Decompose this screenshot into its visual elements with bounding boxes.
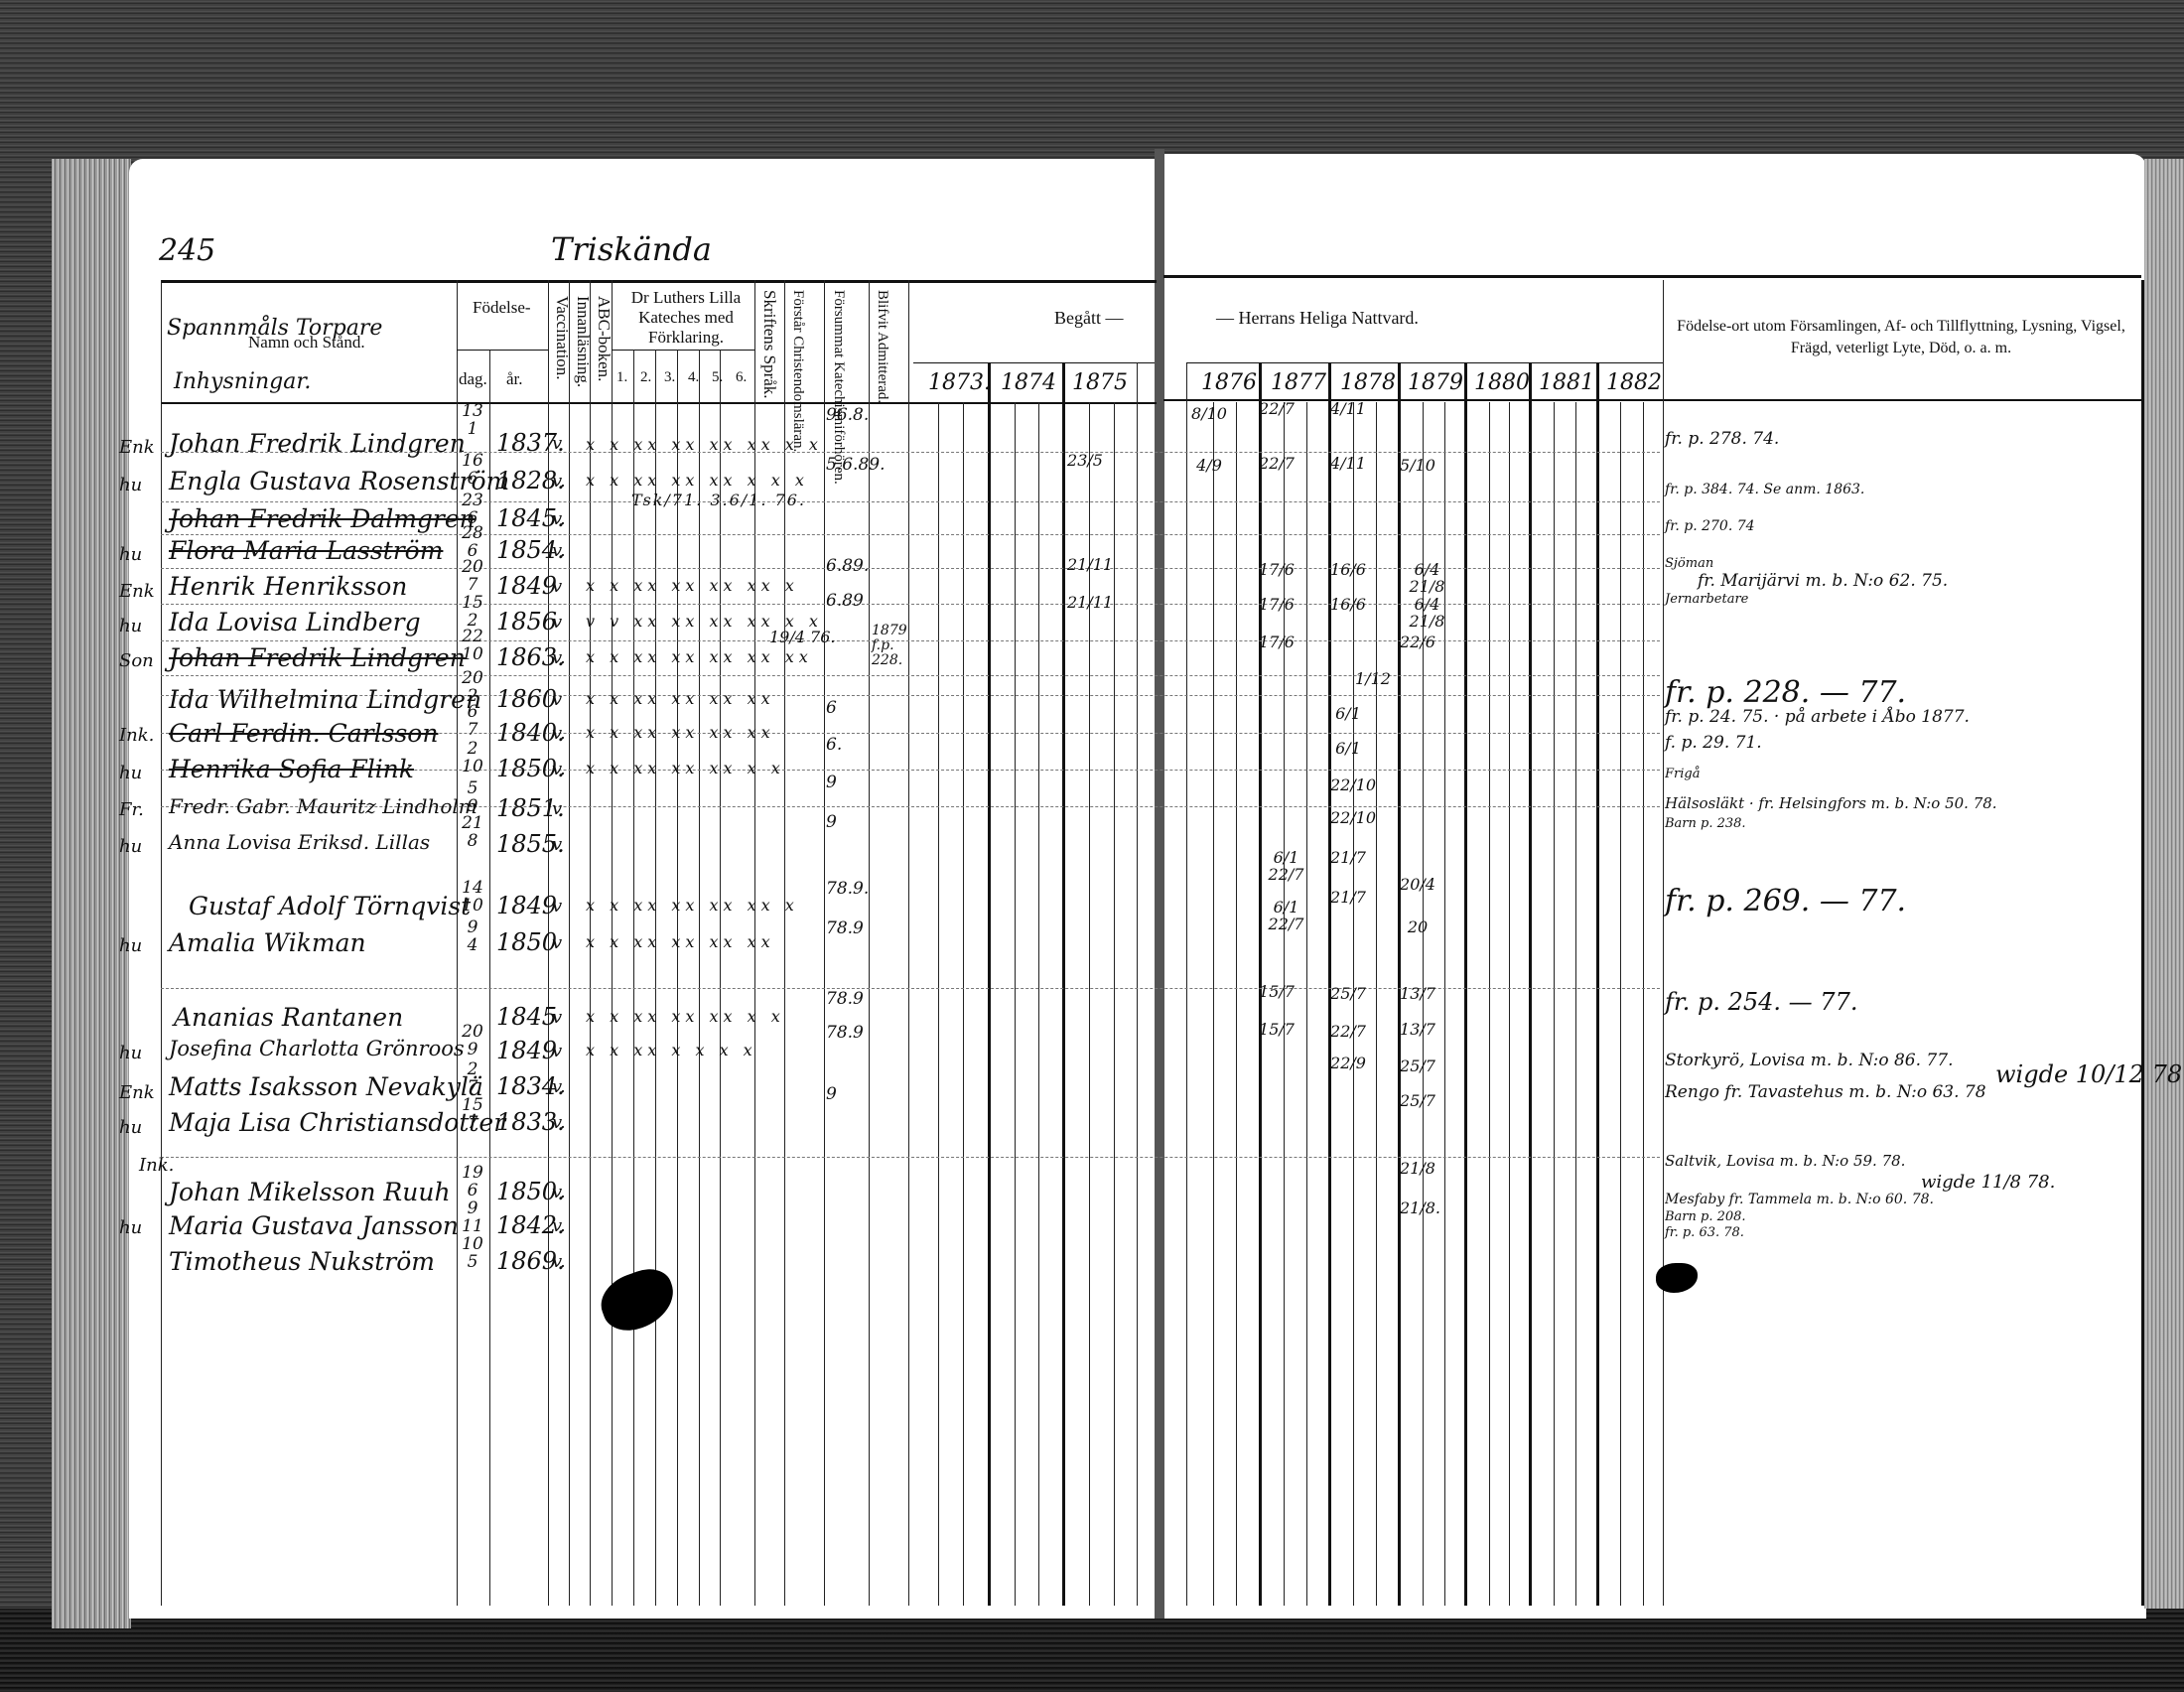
birth-day: 21 [459, 814, 486, 832]
row-birth-date: 94 [459, 918, 486, 954]
sub-col [1489, 402, 1490, 1606]
row-name: Henrik Henriksson [169, 572, 407, 601]
row-name: Ida Wilhelmina Lindgren [169, 685, 481, 714]
row-vaccination: v. [552, 1112, 566, 1133]
vaccination-label: Vaccination. [552, 296, 572, 380]
row-name: Timotheus Nukström [169, 1247, 435, 1276]
year-sub-rule [913, 362, 1155, 363]
remark: fr. Marijärvi m. b. N:o 62. 75. [1698, 571, 1948, 591]
birth-day: 15 [459, 1096, 486, 1114]
communion-entry: 21/11 [1067, 594, 1103, 611]
birth-day: 19 [459, 1164, 486, 1182]
skriftens-sprak-label: Skriftens Språk. [759, 290, 779, 399]
birth-day: 10 [459, 1235, 486, 1253]
birth-month: 7 [459, 721, 486, 739]
communion-entry: 20 [1400, 918, 1435, 935]
sub-col [1015, 402, 1016, 1606]
luther-part-2: 2. [640, 369, 651, 385]
row-vaccination: v [552, 834, 562, 855]
year-1878: 1878 [1340, 370, 1396, 395]
birth-day: 2 [459, 1060, 486, 1078]
birth-day: 22 [459, 628, 486, 645]
table-left-border [161, 280, 162, 1606]
year-1877: 1877 [1271, 370, 1326, 395]
communion-entry: 22/7 [1259, 455, 1295, 472]
row-birth-date: 286 [459, 524, 486, 560]
communion-entry: 21/8. [1400, 1199, 1435, 1216]
row-birth-year: 1849 [496, 1037, 557, 1064]
birth-month: 4 [459, 936, 486, 954]
row-birth-date: 59 [459, 779, 486, 815]
year-sep [1529, 362, 1532, 1606]
row-birth-date: 207 [459, 558, 486, 594]
luther-part-1: 1. [616, 369, 627, 385]
forsummat-label: Försummat Katechismiförhören. [830, 290, 847, 399]
year-1875: 1875 [1072, 370, 1128, 395]
birth-day-label: dag. [459, 369, 487, 389]
birth-month: 7 [459, 1078, 486, 1096]
row-name: Fredr. Gabr. Mauritz Lindholm [169, 794, 478, 818]
sub-col [1114, 402, 1115, 1606]
row-name: Matts Isaksson Nevakylä [169, 1072, 483, 1101]
remark: fr. p. 63. 78. [1665, 1225, 1744, 1240]
row-birth-date: 152 [459, 594, 486, 630]
row-vaccination: v. [552, 540, 566, 561]
row-birth-date: 202 [459, 669, 486, 705]
inhysningar-label: Inhysningar. [174, 369, 311, 394]
row-forhor: 9 [826, 812, 837, 832]
birth-day: 20 [459, 558, 486, 576]
row-role: hu [119, 1043, 142, 1063]
communion-entry: 20/4 [1400, 876, 1435, 893]
col-sep [869, 280, 870, 1606]
row-birth-date: 210 [459, 740, 486, 775]
remark-vigsel: wigde 11/8 78. [1921, 1172, 2055, 1193]
row-rule [161, 501, 1660, 502]
col-sep [699, 350, 700, 1606]
row-catechism-marks: x x xx xx xx xx xx [586, 647, 813, 666]
communion-entry: 15/7 [1259, 1021, 1295, 1038]
row-name: Anna Lovisa Eriksd. Lillas [169, 830, 430, 854]
communion-entry: 6/4 21/8 [1400, 596, 1454, 630]
remark-vigsel: wigde 10/12 78. [1995, 1060, 2184, 1088]
col-sep [569, 280, 570, 1606]
row-birth-date: 131 [459, 402, 486, 438]
row-role: Fr. [119, 799, 144, 820]
luther-part-5: 5. [712, 369, 723, 385]
begatt-label: Begått — [1054, 308, 1124, 329]
row-role: hu [119, 544, 142, 565]
year-1879: 1879 [1408, 370, 1463, 395]
birth-month: 9 [459, 1041, 486, 1058]
row-vaccination: v [552, 1041, 562, 1061]
row-forhor: 6.89 [826, 591, 864, 611]
row-name: Johan Fredrik Lindgren [169, 429, 466, 458]
row-birth-date: 105 [459, 1235, 486, 1271]
row-birth-year: 1849 [496, 572, 557, 600]
row-birth-date: 2210 [459, 628, 486, 663]
row-catechism-marks: x x xx xx xx xx [586, 723, 775, 742]
row-name: Henrika Sofia Flink [169, 755, 414, 783]
communion-entry: 21/11 [1067, 556, 1103, 573]
sub-col [1213, 402, 1214, 1606]
row-role: Son [119, 650, 154, 671]
row-forhor: 9 [826, 1084, 837, 1104]
communion-entry: 6/4 21/8 [1400, 561, 1454, 595]
birth-day: 2 [459, 740, 486, 758]
row-birth-date: 196 [459, 1164, 486, 1199]
row-birth-year: 1849 [496, 892, 557, 919]
row-birth-date: 1410 [459, 879, 486, 915]
row-vaccination: v. [552, 1251, 566, 1272]
year-sep [1596, 362, 1599, 1606]
row-vaccination: v. [552, 508, 566, 529]
header-bottom-rule-right [1163, 399, 2141, 401]
year-sep [1186, 362, 1187, 1606]
row-catechism-marks: x x xx xx xx x x [586, 759, 785, 777]
row-admitterad: 1879 f.p. 228. [872, 624, 911, 668]
birth-month: 7 [459, 576, 486, 594]
row-role: Enk [119, 581, 155, 602]
remark: fr. p. 270. 74 [1665, 518, 1755, 534]
communion-entry: 22/6 [1400, 634, 1435, 650]
row-name: Maria Gustava Jansson [169, 1211, 459, 1240]
row-birth-date: 166 [459, 452, 486, 488]
year-sep [1137, 362, 1138, 1606]
row-vaccination: v [552, 612, 562, 633]
communion-entry: 6/1 [1330, 740, 1366, 757]
communion-entry: 22/9 [1330, 1055, 1366, 1071]
row-vaccination: v [552, 1007, 562, 1028]
communion-entry: 21/8 [1400, 1160, 1435, 1177]
sub-col [1376, 402, 1377, 1606]
right-page-edge [2144, 159, 2184, 1609]
communion-entry: 17/6 [1259, 634, 1295, 650]
communion-entry: 21/7 [1330, 849, 1366, 866]
birth-month: 10 [459, 897, 486, 915]
row-vaccination: v. [552, 723, 566, 744]
communion-entry: 22/7 [1330, 1023, 1366, 1040]
birth-day: 9 [459, 918, 486, 936]
row-vaccination: v [552, 433, 562, 454]
remark: fr. p. 278. 74. [1665, 429, 1779, 449]
communion-entry: 23/5 [1067, 452, 1103, 469]
communion-entry: 13/7 [1400, 985, 1435, 1002]
row-birth-date: 27 [459, 1060, 486, 1096]
communion-entry: 5/10 [1400, 457, 1435, 474]
row-forhor: 78.9 [826, 989, 864, 1009]
luther-catechism-label: Dr Luthers Lilla Kateches med Förklaring… [617, 288, 754, 348]
row-rule [161, 534, 1660, 535]
row-catechism-marks: x x xx xx xx x x [586, 1007, 785, 1026]
sub-col [1038, 402, 1039, 1606]
remark: Sjöman [1665, 556, 1713, 571]
birth-day: 28 [459, 524, 486, 542]
row-birth-year: 1856 [496, 608, 557, 635]
row-forhor: 6. [826, 735, 842, 755]
row-birth-date: 157 [459, 1096, 486, 1132]
book-page-edges [52, 159, 131, 1628]
row-rule [161, 675, 1660, 676]
row-role: hu [119, 475, 142, 495]
birth-month: 10 [459, 645, 486, 663]
year-sub-rule-right [1186, 362, 1663, 363]
communion-entry: 8/10 [1191, 405, 1227, 422]
row-role: hu [119, 1117, 142, 1138]
remark: Rengo fr. Tavastehus m. b. N:o 63. 78 [1665, 1082, 1986, 1102]
row-birth-date: 911 [459, 1199, 486, 1235]
communion-entry: 6/1 22/7 [1259, 849, 1313, 883]
row-forstar: 19/4 76. [769, 628, 835, 646]
birth-month: 10 [459, 758, 486, 775]
table-top-rule [161, 280, 1157, 283]
row-forhor: 5.6.89. [826, 455, 885, 475]
birth-day: 6 [459, 703, 486, 721]
communion-entry: 16/6 [1330, 596, 1366, 613]
birth-month: 1 [459, 420, 486, 438]
row-name: Ida Lovisa Lindberg [169, 608, 421, 636]
communion-entry: 22/10 [1330, 809, 1366, 826]
book-gutter [1155, 149, 1164, 1619]
luther-part-4: 4. [688, 369, 699, 385]
row-catechism-marks: x x xx xx xx x x x [586, 471, 809, 490]
col-sep [824, 280, 825, 1606]
birth-month: 11 [459, 1217, 486, 1235]
communion-entry: 6/1 [1330, 705, 1366, 722]
year-1880: 1880 [1474, 370, 1530, 395]
nattvard-title: — Herrans Heliga Nattvard. [1216, 308, 1419, 329]
remark: Hälsosläkt · fr. Helsingfors m. b. N:o 5… [1665, 794, 1997, 812]
communion-entry: 13/7 [1400, 1021, 1435, 1038]
year-1882: 1882 [1606, 370, 1662, 395]
row-forhor: 6.89. [826, 556, 869, 576]
communion-entry: 22/10 [1330, 776, 1366, 793]
col-sep [489, 350, 490, 1606]
birth-day: 5 [459, 779, 486, 797]
remarks-header: Födelse-ort utom Församlingen, Af- och T… [1668, 316, 2134, 359]
row-catechism-marks: x x xx xx xx xx x [586, 576, 799, 595]
birth-day: 14 [459, 879, 486, 897]
remark: fr. p. 228. — 77. [1665, 675, 1906, 710]
communion-entry: 25/7 [1400, 1092, 1435, 1109]
row-rule [161, 1157, 1660, 1158]
row-vaccination: v [552, 896, 562, 916]
row-vaccination: v. [552, 1076, 566, 1097]
communion-entry: 22/7 [1259, 400, 1295, 417]
communion-entry: 21/7 [1330, 889, 1366, 906]
remark: fr. p. 269. — 77. [1665, 884, 1906, 918]
year-1876: 1876 [1201, 370, 1257, 395]
row-vaccination: v. [552, 647, 566, 668]
row-birth-year: 1850 [496, 928, 557, 956]
sub-col [1509, 402, 1510, 1606]
communion-entry: 4/11 [1330, 400, 1366, 417]
row-name: Maja Lisa Christiansdotter [169, 1108, 505, 1137]
sub-col [1575, 402, 1576, 1606]
page-number: 245 [159, 233, 215, 268]
row-vaccination: v. [552, 471, 566, 492]
row-birth-date: 67 [459, 703, 486, 739]
sub-col [938, 402, 939, 1606]
remark: Mesfaby fr. Tammela m. b. N:o 60. 78. [1665, 1192, 1934, 1207]
birth-day: 23 [459, 492, 486, 509]
birth-label: Födelse- [473, 298, 531, 318]
row-name: Carl Ferdin. Carlsson [169, 719, 438, 748]
sub-col [1236, 402, 1237, 1606]
row-role: hu [119, 616, 142, 636]
col-sep [720, 350, 721, 1606]
row-forhor: 96.8. [826, 405, 869, 425]
row-catechism-marks: x x xx xx xx xx x x [586, 435, 823, 454]
row-role-ink: Ink. [139, 1155, 174, 1176]
year-1881: 1881 [1539, 370, 1594, 395]
row-catechism-marks: x x xx xx xx xx x [586, 896, 799, 915]
row-catechism-marks: x x xx x x x x [586, 1041, 757, 1059]
communion-entry: 4/11 [1330, 455, 1366, 472]
birth-month: 6 [459, 470, 486, 488]
row-forhor: 6 [826, 698, 837, 718]
row-role: Enk [119, 1082, 155, 1103]
forstar-label: Förstår Christendomsläran. [789, 290, 806, 399]
row-role: Ink. [119, 725, 154, 746]
remark: fr. p. 254. — 77. [1665, 988, 1857, 1016]
row-vaccination: v [552, 798, 562, 819]
remarks-left-border [1663, 280, 1664, 1606]
row-catechism-marks: x x xx xx xx xx [586, 689, 775, 708]
year-sep [1464, 362, 1467, 1606]
communion-entry: 16/6 [1330, 561, 1366, 578]
remark: Saltvik, Lovisa m. b. N:o 59. 78. [1665, 1152, 1905, 1170]
sub-col [1620, 402, 1621, 1606]
col-sep [908, 280, 909, 1606]
admitterad-label: Blifvit Admitterad. [874, 290, 890, 399]
row-name: Gustaf Adolf Törnqvist [189, 892, 471, 920]
row-forhor: 78.9 [826, 918, 864, 938]
innanlasning-label: Innanläsning. [573, 296, 593, 387]
sub-col [1353, 402, 1354, 1606]
row-forhor: 78.9. [826, 879, 869, 899]
row-role: Enk [119, 437, 155, 458]
communion-entry: 25/7 [1400, 1057, 1435, 1074]
communion-entry: 17/6 [1259, 596, 1295, 613]
communion-entry: 6/1 22/7 [1259, 899, 1313, 932]
row-name: Johan Fredrik Dalmgren [169, 504, 476, 533]
row-role: hu [119, 1217, 142, 1238]
header-bottom-rule [161, 402, 1157, 404]
col-sep [655, 350, 656, 1606]
row-vaccination: v [552, 576, 562, 597]
sub-col [1643, 402, 1644, 1606]
sub-col [1284, 402, 1285, 1606]
row-birth-date: 218 [459, 814, 486, 850]
luther-parts-1-3: 1. 2. 3. 4. 5. 6. [616, 369, 747, 386]
row-vaccination: v. [552, 1182, 566, 1202]
birth-year-label: år. [506, 369, 523, 389]
year-sep [988, 362, 991, 1606]
row-forhor: 78.9 [826, 1023, 864, 1043]
row-catechism-marks: Tsk/71. 3.6/1. 76. [631, 491, 806, 509]
row-role: hu [119, 935, 142, 956]
birth-day: 13 [459, 402, 486, 420]
communion-entry: 15/7 [1259, 983, 1295, 1000]
birth-day: 20 [459, 669, 486, 687]
col-sep [633, 350, 634, 1606]
row-name: Johan Fredrik Lindgren [169, 643, 466, 672]
sub-col [1554, 402, 1555, 1606]
row-name: Ananias Rantanen [174, 1003, 403, 1032]
col-sep [677, 350, 678, 1606]
birth-day: 20 [459, 1023, 486, 1041]
sub-col [1089, 402, 1090, 1606]
remark: fr. p. 24. 75. · på arbete i Åbo 1877. [1665, 707, 1970, 727]
remark: Storkyrö, Lovisa m. b. N:o 86. 77. [1665, 1051, 1953, 1070]
birth-sub-rule [457, 350, 548, 351]
row-name: Johan Mikelsson Ruuh [169, 1178, 451, 1206]
birth-month: 6 [459, 1182, 486, 1199]
communion-entry: 17/6 [1259, 561, 1295, 578]
year-1874: 1874 [1001, 370, 1056, 395]
row-role: hu [119, 763, 142, 783]
birth-month: 5 [459, 1253, 486, 1271]
row-name: Amalia Wikman [169, 928, 366, 957]
row-vaccination: v [552, 932, 562, 953]
row-vaccination: v. [552, 1215, 566, 1236]
birth-month: 7 [459, 1114, 486, 1132]
row-birth-year: 1860 [496, 685, 557, 713]
remark: Frigå [1665, 767, 1700, 781]
remark: fr. p. 384. 74. Se anm. 1863. [1665, 482, 1864, 497]
row-birth-year: 1845 [496, 1003, 557, 1031]
remark: Jernarbetare [1665, 592, 1748, 607]
row-birth-date: 236 [459, 492, 486, 527]
year-sep [1062, 362, 1065, 1606]
row-name: Josefina Charlotta Grönroos [169, 1037, 465, 1060]
row-catechism-marks: x x xx xx xx xx [586, 932, 775, 951]
luther-part-6: 6. [736, 369, 747, 385]
birth-day: 15 [459, 594, 486, 612]
remark: Barn p. 238. [1665, 816, 1746, 831]
abc-boken-label: ABC-boken. [594, 296, 614, 381]
remark: Barn p. 208. [1665, 1209, 1746, 1224]
row-name: Flora Maria Lasström [169, 536, 443, 565]
name-header-label: Namn och Stånd. [248, 333, 365, 352]
row-role: hu [119, 836, 142, 857]
row-forhor: 9 [826, 773, 837, 792]
communion-entry: 1/12 [1355, 670, 1391, 687]
row-vaccination: v. [552, 759, 566, 779]
birth-month: 8 [459, 832, 486, 850]
birth-day: 9 [459, 1199, 486, 1217]
table-right-border [2141, 280, 2144, 1606]
place-title: Triskända [551, 230, 712, 268]
sub-col [963, 402, 964, 1606]
sub-col [1306, 402, 1307, 1606]
communion-entry: 4/9 [1191, 457, 1227, 474]
luther-part-3: 3. [664, 369, 675, 385]
scanner-bottom-band [0, 1609, 2184, 1692]
communion-entry: 25/7 [1330, 985, 1366, 1002]
table-top-rule-right [1163, 275, 2141, 278]
remark: f. p. 29. 71. [1665, 733, 1762, 753]
row-birth-date: 209 [459, 1023, 486, 1058]
year-1873: 1873. [928, 370, 991, 395]
row-vaccination: v [552, 689, 562, 710]
birth-day: 16 [459, 452, 486, 470]
